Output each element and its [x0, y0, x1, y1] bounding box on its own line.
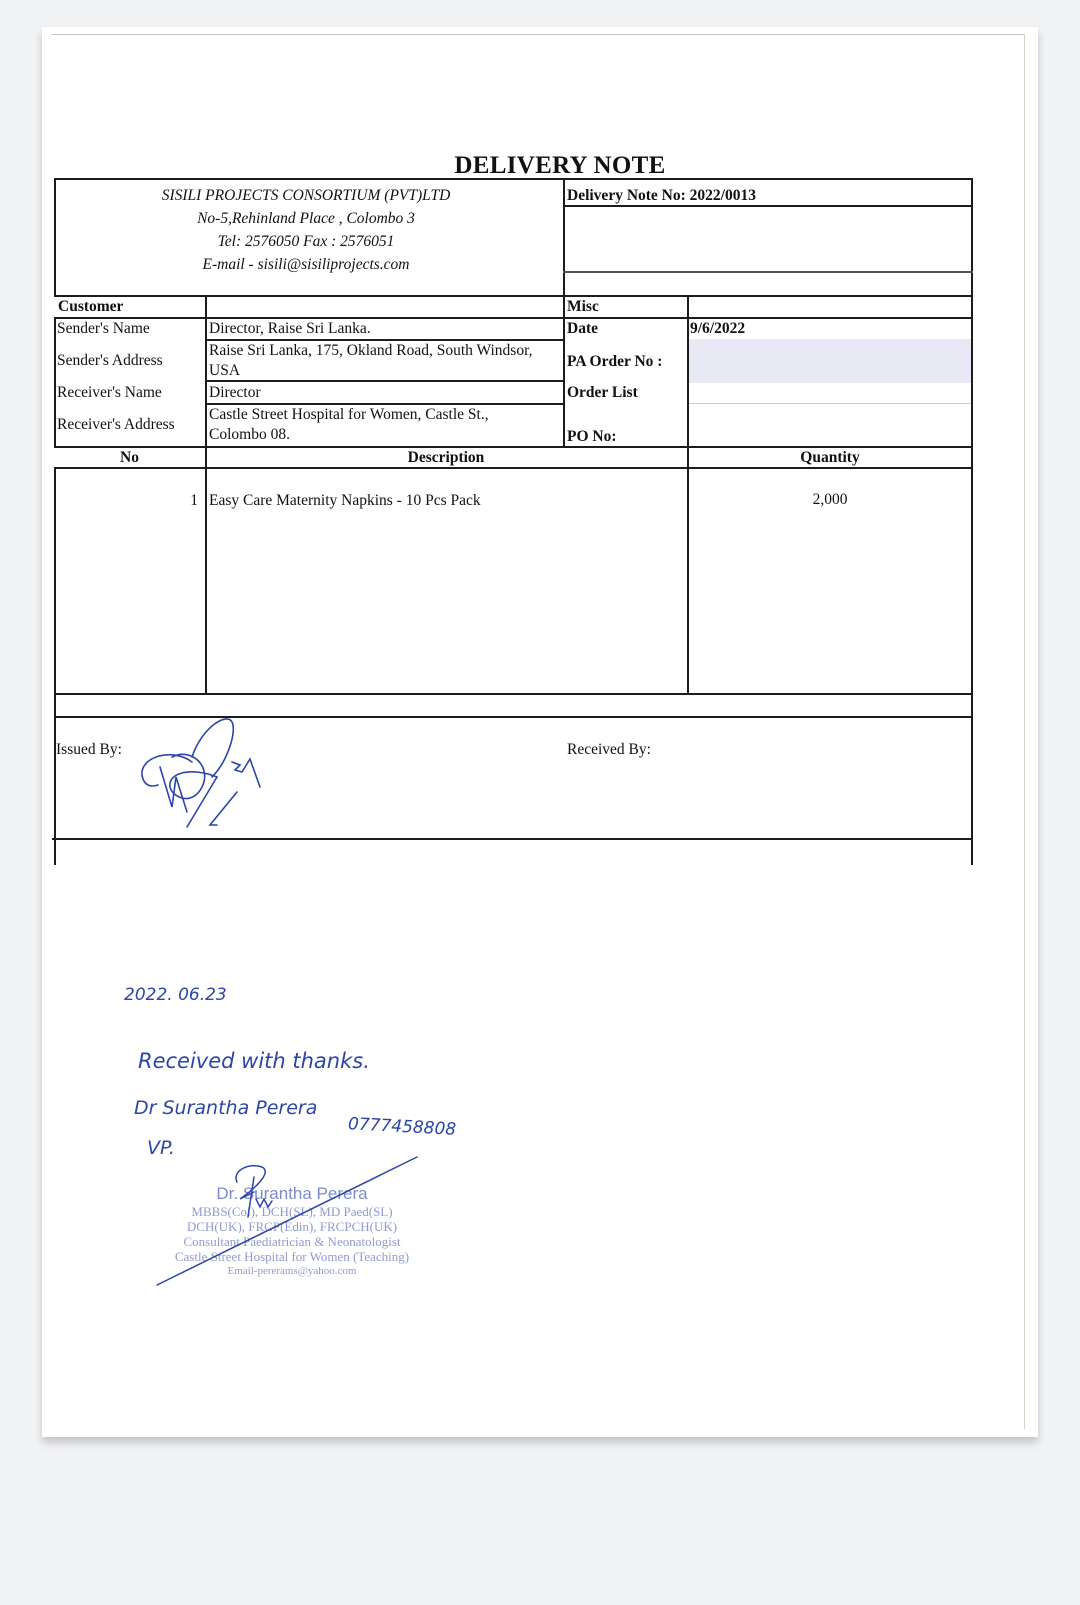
company-name: SISILI PROJECTS CONSORTIUM (PVT)LTD [56, 184, 556, 207]
receiver-address-label: Receiver's Address [57, 416, 175, 434]
company-email: E-mail - sisili@sisiliprojects.com [56, 253, 556, 276]
scan-edge [1024, 34, 1025, 1429]
scanned-document-page: DELIVERY NOTE SISILI PROJECTS CONSORTIUM… [42, 27, 1038, 1437]
column-header-description: Description [205, 449, 687, 467]
column-header-quantity: Quantity [687, 449, 973, 467]
scan-edge [52, 34, 1024, 35]
column-header-no: No [54, 449, 205, 467]
sender-address-label: Sender's Address [57, 352, 163, 370]
delivery-note-number: Delivery Note No: 2022/0013 [567, 187, 756, 205]
pa-order-label: PA Order No : [567, 353, 662, 371]
company-block: SISILI PROJECTS CONSORTIUM (PVT)LTD No-5… [56, 184, 556, 276]
received-by-label: Received By: [567, 741, 651, 759]
sender-name-label: Sender's Name [57, 320, 150, 338]
issued-by-label: Issued By: [56, 741, 122, 759]
issuer-signature-icon [132, 707, 272, 837]
receiver-name-value: Director [209, 384, 261, 402]
po-number-label: PO No: [567, 428, 617, 446]
receiver-name-label: Receiver's Name [57, 384, 162, 402]
pa-order-shaded-field [689, 339, 971, 383]
sender-name-value: Director, Raise Sri Lanka. [209, 320, 371, 338]
order-list-label: Order List [567, 384, 638, 402]
item-quantity: 2,000 [687, 491, 973, 509]
company-address: No-5,Rehinland Place , Colombo 3 [56, 207, 556, 230]
receiver-address-line1: Castle Street Hospital for Women, Castle… [209, 406, 489, 424]
item-description: Easy Care Maternity Napkins - 10 Pcs Pac… [209, 492, 481, 510]
handwritten-signer-name: Dr Surantha Perera [134, 1097, 317, 1119]
misc-heading: Misc [567, 298, 599, 316]
receiver-signature-icon [152, 1137, 422, 1287]
handwritten-received-note: Received with thanks. [138, 1049, 370, 1073]
date-label: Date [567, 320, 598, 338]
date-value: 9/6/2022 [690, 320, 745, 338]
document-title: DELIVERY NOTE [42, 152, 1038, 180]
item-number: 1 [54, 492, 198, 510]
sender-address-line1: Raise Sri Lanka, 175, Okland Road, South… [209, 342, 533, 360]
receiver-address-line2: Colombo 08. [209, 426, 290, 444]
customer-heading: Customer [58, 298, 123, 316]
handwritten-phone: 0777458808 [348, 1114, 457, 1140]
sender-address-line2: USA [209, 362, 240, 380]
company-phone-fax: Tel: 2576050 Fax : 2576051 [56, 230, 556, 253]
handwritten-date: 2022. 06.23 [124, 985, 227, 1005]
